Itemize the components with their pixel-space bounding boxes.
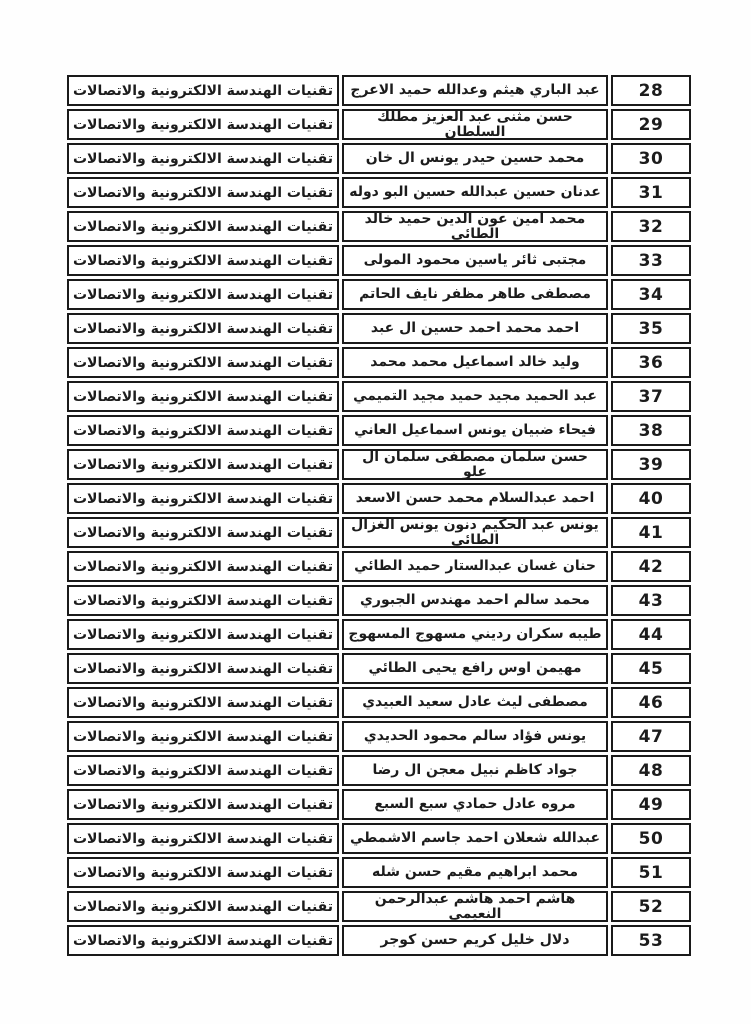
serial-number-cell: 45 <box>611 653 691 684</box>
serial-number: 52 <box>639 897 664 917</box>
table-row: 40 احمد عبدالسلام محمد حسن الاسعد تقنيات… <box>67 483 691 514</box>
table-row: 38 فيحاء ضبيان يونس اسماعيل العاني تقنيا… <box>67 415 691 446</box>
serial-number: 36 <box>639 353 664 373</box>
student-name-cell: احمد محمد احمد حسين ال عبد <box>342 313 608 344</box>
student-name: يونس فؤاد سالم محمود الحديدي <box>344 723 606 750</box>
student-name-cell: حنان غسان عبدالستار حميد الطائي <box>342 551 608 582</box>
student-name: احمد عبدالسلام محمد حسن الاسعد <box>344 485 606 512</box>
table-row: 35 احمد محمد احمد حسين ال عبد تقنيات اله… <box>67 313 691 344</box>
scanned-document-page: 28 عبد الباري هيثم وعدالله حميد الاعرج ت… <box>0 0 751 1024</box>
table-row: 30 محمد حسين حيدر يونس ال خان تقنيات اله… <box>67 143 691 174</box>
department-label: تقنيات الهندسة الالكترونية والاتصالات <box>73 423 333 439</box>
department-label: تقنيات الهندسة الالكترونية والاتصالات <box>73 729 333 745</box>
department-cell: تقنيات الهندسة الالكترونية والاتصالات <box>67 857 339 888</box>
serial-number-cell: 30 <box>611 143 691 174</box>
department-cell: تقنيات الهندسة الالكترونية والاتصالات <box>67 75 339 106</box>
serial-number-cell: 33 <box>611 245 691 276</box>
serial-number: 41 <box>639 523 664 543</box>
department-label: تقنيات الهندسة الالكترونية والاتصالات <box>73 593 333 609</box>
department-cell: تقنيات الهندسة الالكترونية والاتصالات <box>67 619 339 650</box>
department-cell: تقنيات الهندسة الالكترونية والاتصالات <box>67 177 339 208</box>
serial-number: 43 <box>639 591 664 611</box>
department-label: تقنيات الهندسة الالكترونية والاتصالات <box>73 831 333 847</box>
student-name-cell: فيحاء ضبيان يونس اسماعيل العاني <box>342 415 608 446</box>
student-name: حنان غسان عبدالستار حميد الطائي <box>344 553 606 580</box>
department-label: تقنيات الهندسة الالكترونية والاتصالات <box>73 865 333 881</box>
serial-number: 47 <box>639 727 664 747</box>
serial-number: 37 <box>639 387 664 407</box>
department-cell: تقنيات الهندسة الالكترونية والاتصالات <box>67 551 339 582</box>
student-name: عبد الحميد مجيد حميد مجيد التميمي <box>344 383 606 410</box>
student-name: حسن مثنى عبد العزيز مطلك السلطان <box>344 111 606 138</box>
department-cell: تقنيات الهندسة الالكترونية والاتصالات <box>67 245 339 276</box>
table-row: 42 حنان غسان عبدالستار حميد الطائي تقنيا… <box>67 551 691 582</box>
serial-number-cell: 50 <box>611 823 691 854</box>
table-row: 39 حسن سلمان مصطفى سلمان ال علو تقنيات ا… <box>67 449 691 480</box>
serial-number: 39 <box>639 455 664 475</box>
department-cell: تقنيات الهندسة الالكترونية والاتصالات <box>67 415 339 446</box>
table-row: 47 يونس فؤاد سالم محمود الحديدي تقنيات ا… <box>67 721 691 752</box>
table-row: 44 طيبه سكران رديني مسهوج المسهوج تقنيات… <box>67 619 691 650</box>
serial-number: 34 <box>639 285 664 305</box>
department-cell: تقنيات الهندسة الالكترونية والاتصالات <box>67 347 339 378</box>
serial-number: 31 <box>639 183 664 203</box>
serial-number-cell: 52 <box>611 891 691 922</box>
student-name-cell: عبد الحميد مجيد حميد مجيد التميمي <box>342 381 608 412</box>
student-name-cell: حسن سلمان مصطفى سلمان ال علو <box>342 449 608 480</box>
table-row: 37 عبد الحميد مجيد حميد مجيد التميمي تقن… <box>67 381 691 412</box>
serial-number-cell: 35 <box>611 313 691 344</box>
department-cell: تقنيات الهندسة الالكترونية والاتصالات <box>67 313 339 344</box>
student-name: محمد سالم احمد مهندس الجبوري <box>344 587 606 614</box>
student-name-cell: مهيمن اوس رافع يحيى الطائي <box>342 653 608 684</box>
department-label: تقنيات الهندسة الالكترونية والاتصالات <box>73 933 333 949</box>
department-label: تقنيات الهندسة الالكترونية والاتصالات <box>73 491 333 507</box>
student-name: محمد امين عون الدين حميد خالد الطائي <box>344 213 606 240</box>
student-name: طيبه سكران رديني مسهوج المسهوج <box>344 621 606 648</box>
table-row: 46 مصطفى ليث عادل سعيد العبيدي تقنيات ال… <box>67 687 691 718</box>
serial-number: 40 <box>639 489 664 509</box>
department-label: تقنيات الهندسة الالكترونية والاتصالات <box>73 151 333 167</box>
serial-number-cell: 41 <box>611 517 691 548</box>
serial-number-cell: 44 <box>611 619 691 650</box>
student-name: عدنان حسين عبدالله حسين البو دوله <box>344 179 606 206</box>
student-roster-table: 28 عبد الباري هيثم وعدالله حميد الاعرج ت… <box>64 72 694 959</box>
student-name-cell: يونس عبد الحكيم دنون يونس الغزال الطائي <box>342 517 608 548</box>
department-label: تقنيات الهندسة الالكترونية والاتصالات <box>73 287 333 303</box>
student-name-cell: جواد كاظم نبيل معجن ال رضا <box>342 755 608 786</box>
student-name-cell: يونس فؤاد سالم محمود الحديدي <box>342 721 608 752</box>
student-name: محمد حسين حيدر يونس ال خان <box>344 145 606 172</box>
department-cell: تقنيات الهندسة الالكترونية والاتصالات <box>67 653 339 684</box>
serial-number: 30 <box>639 149 664 169</box>
serial-number: 44 <box>639 625 664 645</box>
department-label: تقنيات الهندسة الالكترونية والاتصالات <box>73 661 333 677</box>
student-name-cell: وليد خالد اسماعيل محمد محمد <box>342 347 608 378</box>
student-name: محمد ابراهيم مقيم حسن شله <box>344 859 606 886</box>
department-cell: تقنيات الهندسة الالكترونية والاتصالات <box>67 789 339 820</box>
department-label: تقنيات الهندسة الالكترونية والاتصالات <box>73 389 333 405</box>
table-row: 51 محمد ابراهيم مقيم حسن شله تقنيات الهن… <box>67 857 691 888</box>
serial-number-cell: 39 <box>611 449 691 480</box>
student-name: عبدالله شعلان احمد جاسم الاشمطي <box>344 825 606 852</box>
department-cell: تقنيات الهندسة الالكترونية والاتصالات <box>67 109 339 140</box>
department-cell: تقنيات الهندسة الالكترونية والاتصالات <box>67 279 339 310</box>
student-name: دلال خليل كريم حسن كوجر <box>344 927 606 954</box>
student-name-cell: عبدالله شعلان احمد جاسم الاشمطي <box>342 823 608 854</box>
department-label: تقنيات الهندسة الالكترونية والاتصالات <box>73 355 333 371</box>
student-name-cell: حسن مثنى عبد العزيز مطلك السلطان <box>342 109 608 140</box>
student-name-cell: مجتبى ثائر ياسين محمود المولى <box>342 245 608 276</box>
department-cell: تقنيات الهندسة الالكترونية والاتصالات <box>67 211 339 242</box>
department-cell: تقنيات الهندسة الالكترونية والاتصالات <box>67 823 339 854</box>
department-label: تقنيات الهندسة الالكترونية والاتصالات <box>73 559 333 575</box>
department-cell: تقنيات الهندسة الالكترونية والاتصالات <box>67 891 339 922</box>
department-label: تقنيات الهندسة الالكترونية والاتصالات <box>73 797 333 813</box>
serial-number-cell: 38 <box>611 415 691 446</box>
serial-number: 38 <box>639 421 664 441</box>
serial-number-cell: 37 <box>611 381 691 412</box>
serial-number: 50 <box>639 829 664 849</box>
student-name: مصطفى طاهر مظفر نايف الحاتم <box>344 281 606 308</box>
student-name: عبد الباري هيثم وعدالله حميد الاعرج <box>344 77 606 104</box>
department-label: تقنيات الهندسة الالكترونية والاتصالات <box>73 83 333 99</box>
table-row: 48 جواد كاظم نبيل معجن ال رضا تقنيات اله… <box>67 755 691 786</box>
department-cell: تقنيات الهندسة الالكترونية والاتصالات <box>67 687 339 718</box>
serial-number: 45 <box>639 659 664 679</box>
serial-number-cell: 29 <box>611 109 691 140</box>
table-row: 34 مصطفى طاهر مظفر نايف الحاتم تقنيات ال… <box>67 279 691 310</box>
student-name-cell: مروه عادل حمادي سبع السبع <box>342 789 608 820</box>
serial-number-cell: 34 <box>611 279 691 310</box>
serial-number-cell: 47 <box>611 721 691 752</box>
serial-number: 33 <box>639 251 664 271</box>
serial-number: 49 <box>639 795 664 815</box>
department-label: تقنيات الهندسة الالكترونية والاتصالات <box>73 525 333 541</box>
student-name: يونس عبد الحكيم دنون يونس الغزال الطائي <box>344 519 606 546</box>
serial-number: 46 <box>639 693 664 713</box>
department-label: تقنيات الهندسة الالكترونية والاتصالات <box>73 321 333 337</box>
department-label: تقنيات الهندسة الالكترونية والاتصالات <box>73 219 333 235</box>
department-label: تقنيات الهندسة الالكترونية والاتصالات <box>73 695 333 711</box>
table-row: 41 يونس عبد الحكيم دنون يونس الغزال الطا… <box>67 517 691 548</box>
table-row: 50 عبدالله شعلان احمد جاسم الاشمطي تقنيا… <box>67 823 691 854</box>
student-name-cell: دلال خليل كريم حسن كوجر <box>342 925 608 956</box>
student-name-cell: مصطفى طاهر مظفر نايف الحاتم <box>342 279 608 310</box>
department-label: تقنيات الهندسة الالكترونية والاتصالات <box>73 117 333 133</box>
serial-number: 53 <box>639 931 664 951</box>
table-row: 36 وليد خالد اسماعيل محمد محمد تقنيات ال… <box>67 347 691 378</box>
department-cell: تقنيات الهندسة الالكترونية والاتصالات <box>67 585 339 616</box>
student-name: مصطفى ليث عادل سعيد العبيدي <box>344 689 606 716</box>
serial-number-cell: 40 <box>611 483 691 514</box>
student-name: فيحاء ضبيان يونس اسماعيل العاني <box>344 417 606 444</box>
department-cell: تقنيات الهندسة الالكترونية والاتصالات <box>67 925 339 956</box>
serial-number-cell: 32 <box>611 211 691 242</box>
serial-number-cell: 36 <box>611 347 691 378</box>
table-row: 49 مروه عادل حمادي سبع السبع تقنيات الهن… <box>67 789 691 820</box>
serial-number-cell: 49 <box>611 789 691 820</box>
table-row: 53 دلال خليل كريم حسن كوجر تقنيات الهندس… <box>67 925 691 956</box>
department-label: تقنيات الهندسة الالكترونية والاتصالات <box>73 253 333 269</box>
serial-number-cell: 28 <box>611 75 691 106</box>
student-name: احمد محمد احمد حسين ال عبد <box>344 315 606 342</box>
student-name-cell: عبد الباري هيثم وعدالله حميد الاعرج <box>342 75 608 106</box>
student-name-cell: مصطفى ليث عادل سعيد العبيدي <box>342 687 608 718</box>
department-cell: تقنيات الهندسة الالكترونية والاتصالات <box>67 449 339 480</box>
student-name-cell: محمد سالم احمد مهندس الجبوري <box>342 585 608 616</box>
serial-number-cell: 53 <box>611 925 691 956</box>
department-label: تقنيات الهندسة الالكترونية والاتصالات <box>73 899 333 915</box>
department-label: تقنيات الهندسة الالكترونية والاتصالات <box>73 185 333 201</box>
student-name-cell: عدنان حسين عبدالله حسين البو دوله <box>342 177 608 208</box>
student-name: جواد كاظم نبيل معجن ال رضا <box>344 757 606 784</box>
table-row: 28 عبد الباري هيثم وعدالله حميد الاعرج ت… <box>67 75 691 106</box>
department-label: تقنيات الهندسة الالكترونية والاتصالات <box>73 457 333 473</box>
serial-number-cell: 31 <box>611 177 691 208</box>
serial-number: 28 <box>639 81 664 101</box>
department-cell: تقنيات الهندسة الالكترونية والاتصالات <box>67 381 339 412</box>
department-cell: تقنيات الهندسة الالكترونية والاتصالات <box>67 143 339 174</box>
serial-number: 35 <box>639 319 664 339</box>
student-name: هاشم احمد هاشم عبدالرحمن النعيمي <box>344 893 606 920</box>
department-cell: تقنيات الهندسة الالكترونية والاتصالات <box>67 721 339 752</box>
table-row: 29 حسن مثنى عبد العزيز مطلك السلطان تقني… <box>67 109 691 140</box>
department-cell: تقنيات الهندسة الالكترونية والاتصالات <box>67 755 339 786</box>
student-name: مجتبى ثائر ياسين محمود المولى <box>344 247 606 274</box>
table-row: 33 مجتبى ثائر ياسين محمود المولى تقنيات … <box>67 245 691 276</box>
student-name: مهيمن اوس رافع يحيى الطائي <box>344 655 606 682</box>
student-name-cell: طيبه سكران رديني مسهوج المسهوج <box>342 619 608 650</box>
serial-number: 51 <box>639 863 664 883</box>
table-row: 32 محمد امين عون الدين حميد خالد الطائي … <box>67 211 691 242</box>
student-name-cell: محمد امين عون الدين حميد خالد الطائي <box>342 211 608 242</box>
student-name-cell: محمد حسين حيدر يونس ال خان <box>342 143 608 174</box>
department-cell: تقنيات الهندسة الالكترونية والاتصالات <box>67 483 339 514</box>
serial-number: 32 <box>639 217 664 237</box>
serial-number: 48 <box>639 761 664 781</box>
table-row: 52 هاشم احمد هاشم عبدالرحمن النعيمي تقني… <box>67 891 691 922</box>
student-name: حسن سلمان مصطفى سلمان ال علو <box>344 451 606 478</box>
serial-number-cell: 42 <box>611 551 691 582</box>
serial-number-cell: 51 <box>611 857 691 888</box>
department-label: تقنيات الهندسة الالكترونية والاتصالات <box>73 763 333 779</box>
serial-number: 42 <box>639 557 664 577</box>
serial-number-cell: 43 <box>611 585 691 616</box>
student-name-cell: هاشم احمد هاشم عبدالرحمن النعيمي <box>342 891 608 922</box>
serial-number-cell: 46 <box>611 687 691 718</box>
student-name-cell: محمد ابراهيم مقيم حسن شله <box>342 857 608 888</box>
department-label: تقنيات الهندسة الالكترونية والاتصالات <box>73 627 333 643</box>
serial-number: 29 <box>639 115 664 135</box>
table-row: 31 عدنان حسين عبدالله حسين البو دوله تقن… <box>67 177 691 208</box>
table-row: 43 محمد سالم احمد مهندس الجبوري تقنيات ا… <box>67 585 691 616</box>
student-name: وليد خالد اسماعيل محمد محمد <box>344 349 606 376</box>
department-cell: تقنيات الهندسة الالكترونية والاتصالات <box>67 517 339 548</box>
serial-number-cell: 48 <box>611 755 691 786</box>
student-name-cell: احمد عبدالسلام محمد حسن الاسعد <box>342 483 608 514</box>
student-name: مروه عادل حمادي سبع السبع <box>344 791 606 818</box>
table-row: 45 مهيمن اوس رافع يحيى الطائي تقنيات اله… <box>67 653 691 684</box>
roster-table-body: 28 عبد الباري هيثم وعدالله حميد الاعرج ت… <box>67 75 691 956</box>
